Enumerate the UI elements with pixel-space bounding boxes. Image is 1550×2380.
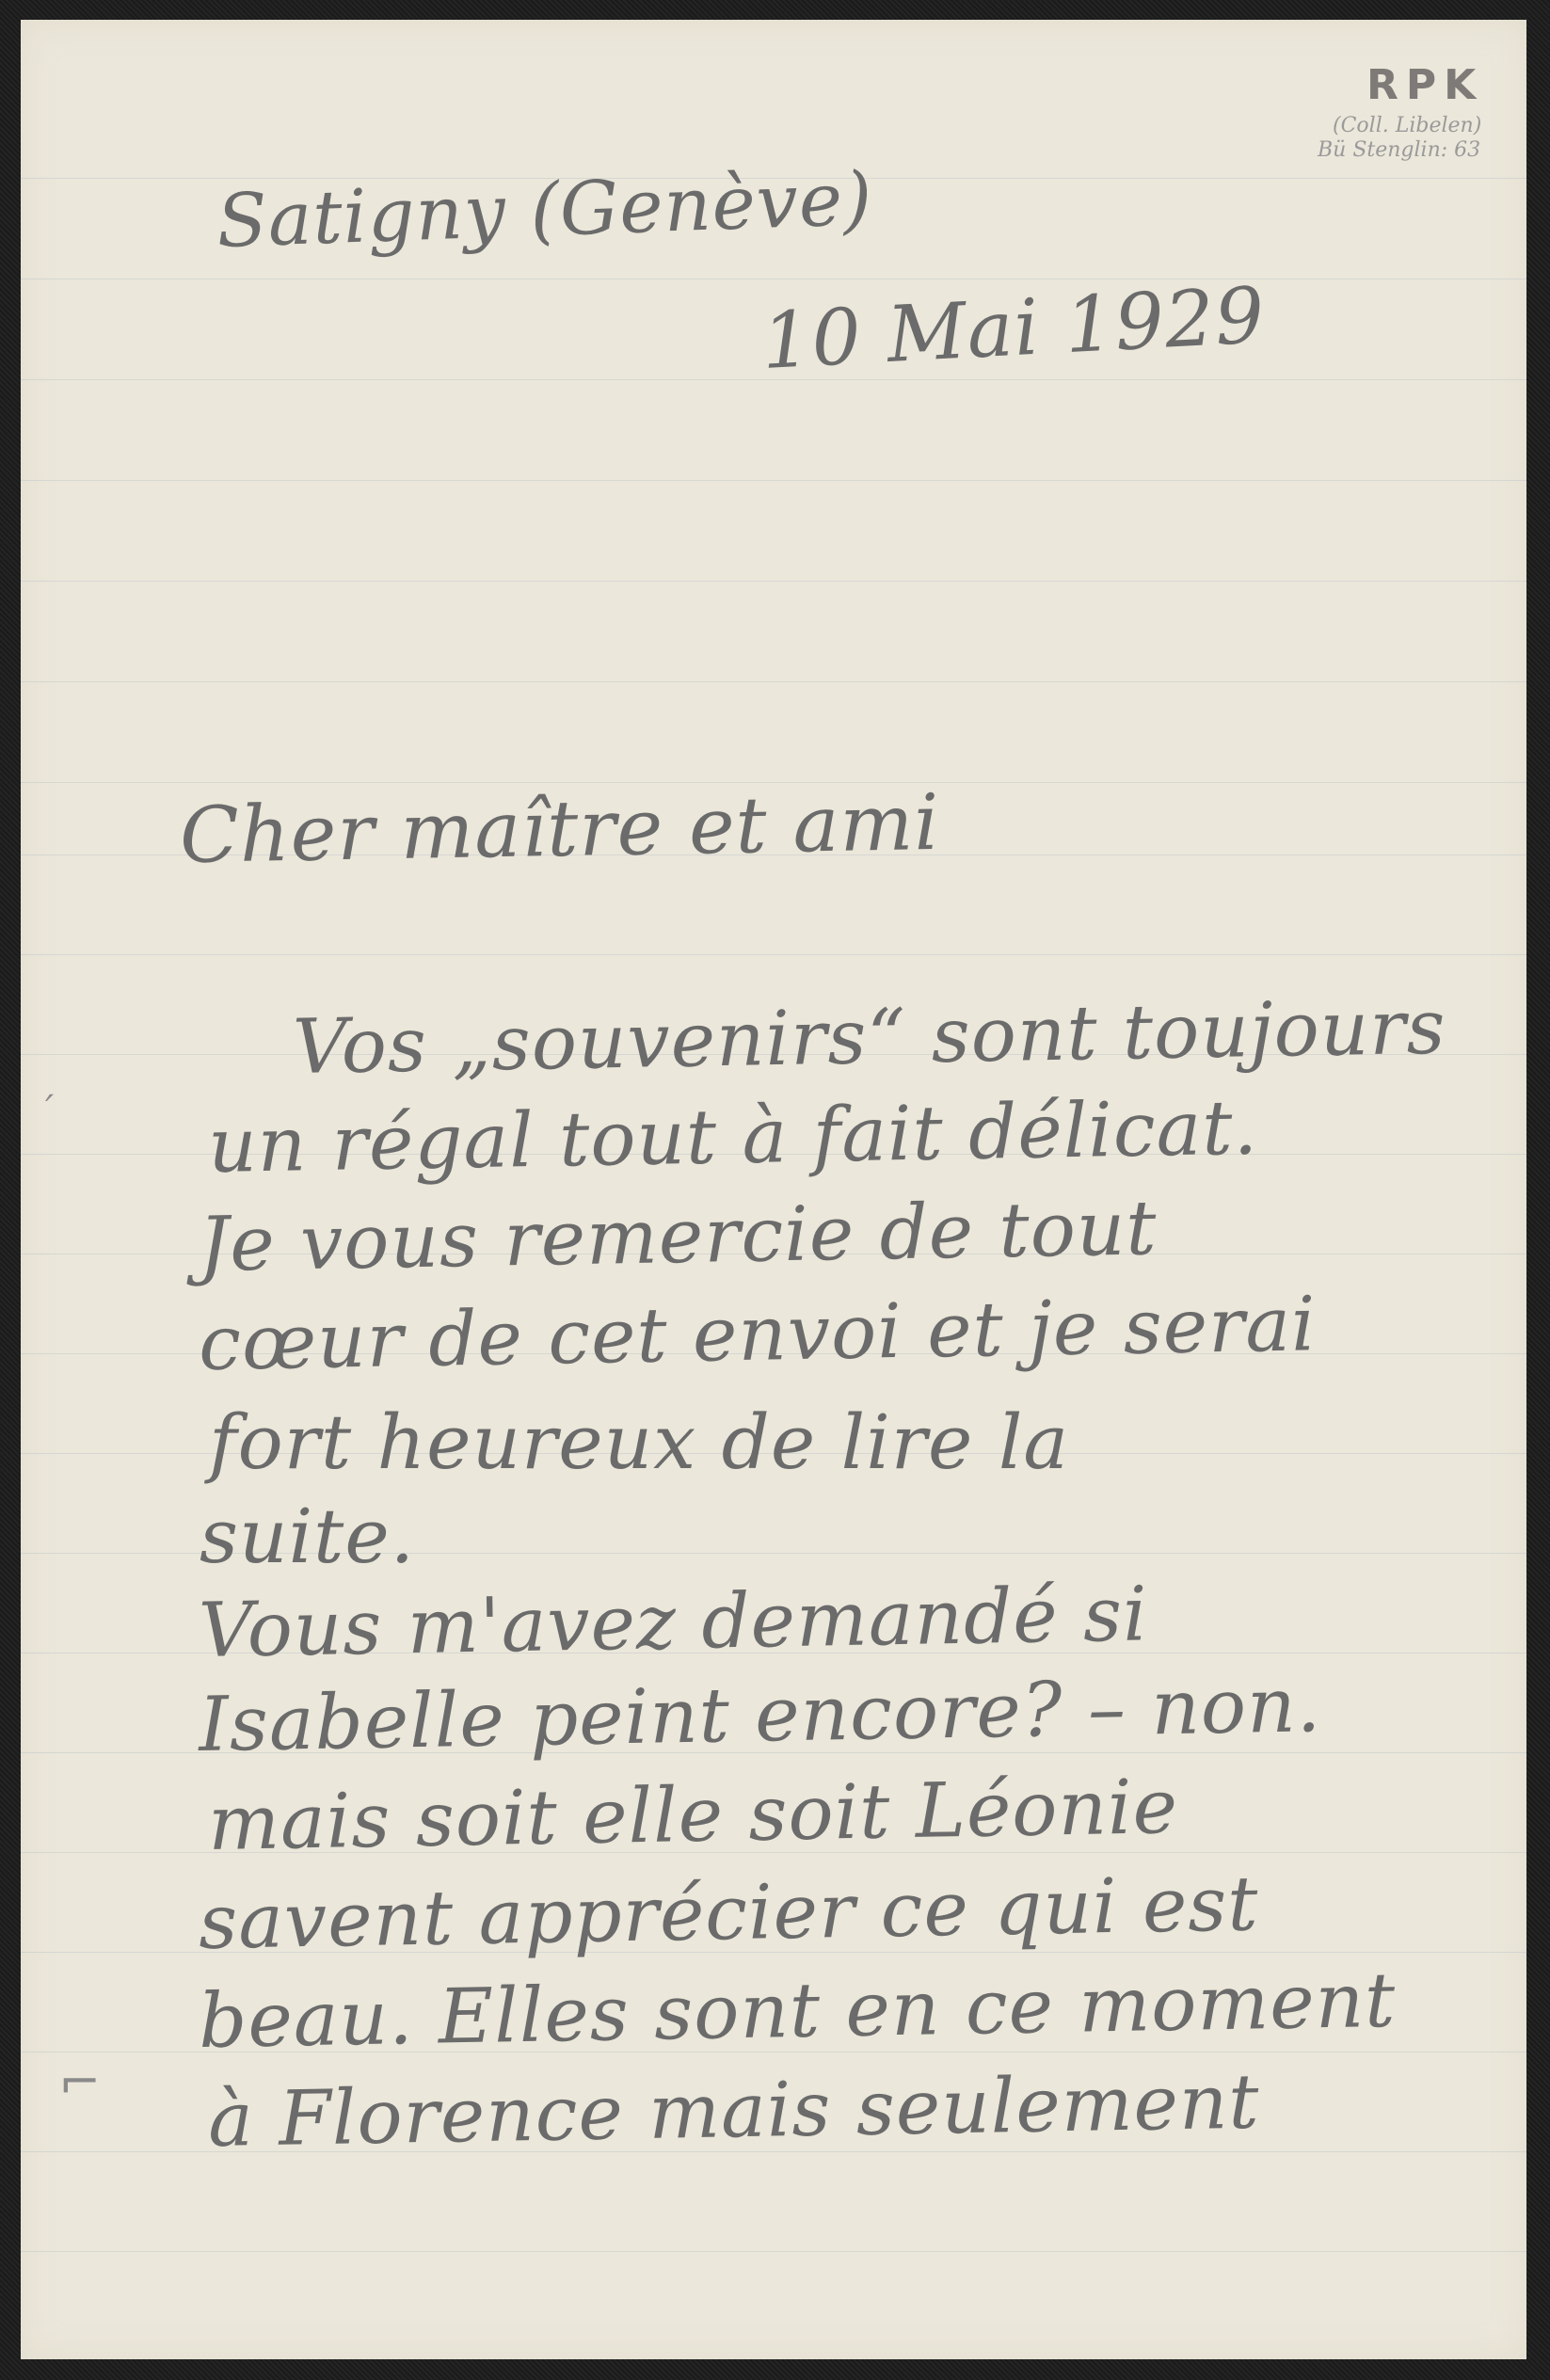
letter-place: Satigny (Genève)	[216, 157, 874, 264]
ruled-line	[21, 581, 1526, 582]
archive-note-line: (Coll. Libelen)	[1333, 114, 1481, 137]
body-line: Je vous remercie de tout	[198, 1184, 1158, 1288]
archive-stamp: RPK	[1366, 61, 1483, 109]
body-line: savent apprécier ce qui est	[198, 1860, 1259, 1966]
body-line: mais soit elle soit Léonie	[207, 1763, 1178, 1867]
body-line: beau. Elles sont en ce moment	[198, 1957, 1397, 2065]
margin-mark: ′	[45, 1088, 54, 1131]
archive-note-line: Bü Stenglin: 63	[1318, 138, 1480, 162]
ruled-line	[21, 681, 1526, 682]
body-line: Vos „souvenirs“ sont toujours	[292, 983, 1446, 1091]
body-line: fort heureux de lire la	[209, 1398, 1069, 1486]
ruled-line	[21, 2251, 1526, 2252]
body-line: cœur de cet envoi et je serai	[198, 1280, 1317, 1387]
margin-mark: ⌐	[58, 2053, 101, 2112]
letter-date: 10 Mai 1929	[759, 271, 1267, 387]
ruled-line	[21, 279, 1526, 280]
body-line: un régal tout à fait délicat.	[207, 1084, 1258, 1190]
letter-salutation: Cher maître et ami	[179, 778, 940, 881]
ruled-line	[21, 954, 1526, 955]
letter-page: RPK (Coll. Libelen) Bü Stenglin: 63 Sati…	[21, 20, 1526, 2359]
body-line: suite.	[200, 1493, 415, 1580]
body-line: Vous m'avez demandé si	[198, 1570, 1148, 1674]
body-line: à Florence mais seulement	[207, 2058, 1260, 2164]
ruled-line	[21, 480, 1526, 481]
